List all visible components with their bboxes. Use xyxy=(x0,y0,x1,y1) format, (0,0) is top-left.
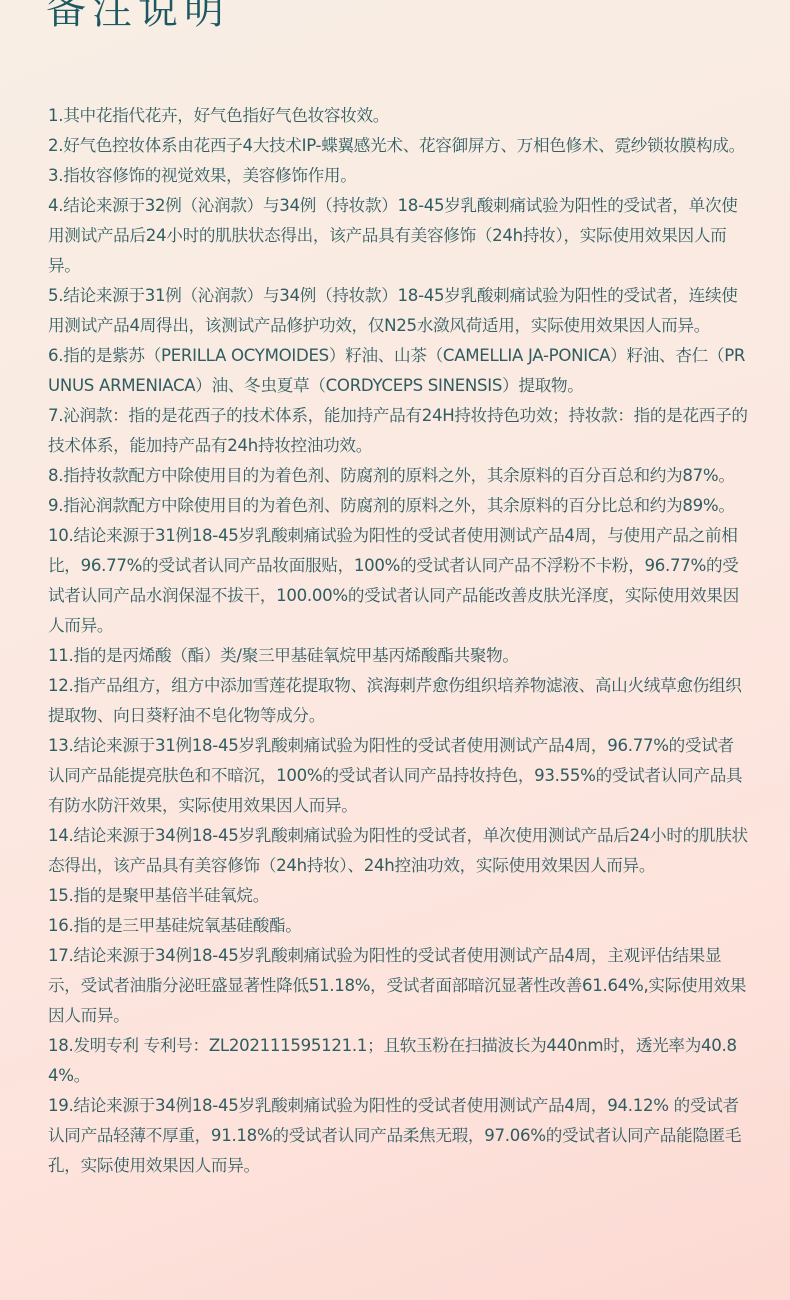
note-item: 5.结论来源于31例（沁润款）与34例（持妆款）18-45岁乳酸刺痛试验为阳性的… xyxy=(48,281,748,341)
note-item: 19.结论来源于34例18-45岁乳酸刺痛试验为阳性的受试者使用测试产品4周，9… xyxy=(48,1091,748,1181)
note-item: 4.结论来源于32例（沁润款）与34例（持妆款）18-45岁乳酸刺痛试验为阳性的… xyxy=(48,191,748,281)
note-item: 13.结论来源于31例18-45岁乳酸刺痛试验为阳性的受试者使用测试产品4周，9… xyxy=(48,731,748,821)
page-title: 备注说明 xyxy=(46,0,230,34)
note-item: 11.指的是丙烯酸（酯）类/聚三甲基硅氧烷甲基丙烯酸酯共聚物。 xyxy=(48,641,748,671)
note-item: 1.其中花指代花卉，好气色指好气色妆容妆效。 xyxy=(48,101,748,131)
note-item: 14.结论来源于34例18-45岁乳酸刺痛试验为阳性的受试者，单次使用测试产品后… xyxy=(48,821,748,881)
note-item: 17.结论来源于34例18-45岁乳酸刺痛试验为阳性的受试者使用测试产品4周，主… xyxy=(48,941,748,1031)
note-item: 18.发明专利 专利号：ZL202111595121.1；且软玉粉在扫描波长为4… xyxy=(48,1031,748,1091)
note-item: 3.指妆容修饰的视觉效果，美容修饰作用。 xyxy=(48,161,748,191)
note-item: 8.指持妆款配方中除使用目的为着色剂、防腐剂的原料之外，其余原料的百分百总和约为… xyxy=(48,461,748,491)
note-item: 6.指的是紫苏（PERILLA OCYMOIDES）籽油、山茶（CAMELLIA… xyxy=(48,341,748,401)
notes-list: 1.其中花指代花卉，好气色指好气色妆容妆效。 2.好气色控妆体系由花西子4大技术… xyxy=(48,101,748,1181)
note-item: 7.沁润款：指的是花西子的技术体系，能加持产品有24H持妆持色功效；持妆款：指的… xyxy=(48,401,748,461)
note-item: 9.指沁润款配方中除使用目的为着色剂、防腐剂的原料之外，其余原料的百分比总和约为… xyxy=(48,491,748,521)
note-item: 12.指产品组方，组方中添加雪莲花提取物、滨海刺芹愈伤组织培养物滤液、高山火绒草… xyxy=(48,671,748,731)
note-item: 10.结论来源于31例18-45岁乳酸刺痛试验为阳性的受试者使用测试产品4周，与… xyxy=(48,521,748,641)
note-item: 2.好气色控妆体系由花西子4大技术IP-蝶翼感光术、花容御屏方、万相色修术、霓纱… xyxy=(48,131,748,161)
note-item: 15.指的是聚甲基倍半硅氧烷。 xyxy=(48,881,748,911)
note-item: 16.指的是三甲基硅烷氧基硅酸酯。 xyxy=(48,911,748,941)
